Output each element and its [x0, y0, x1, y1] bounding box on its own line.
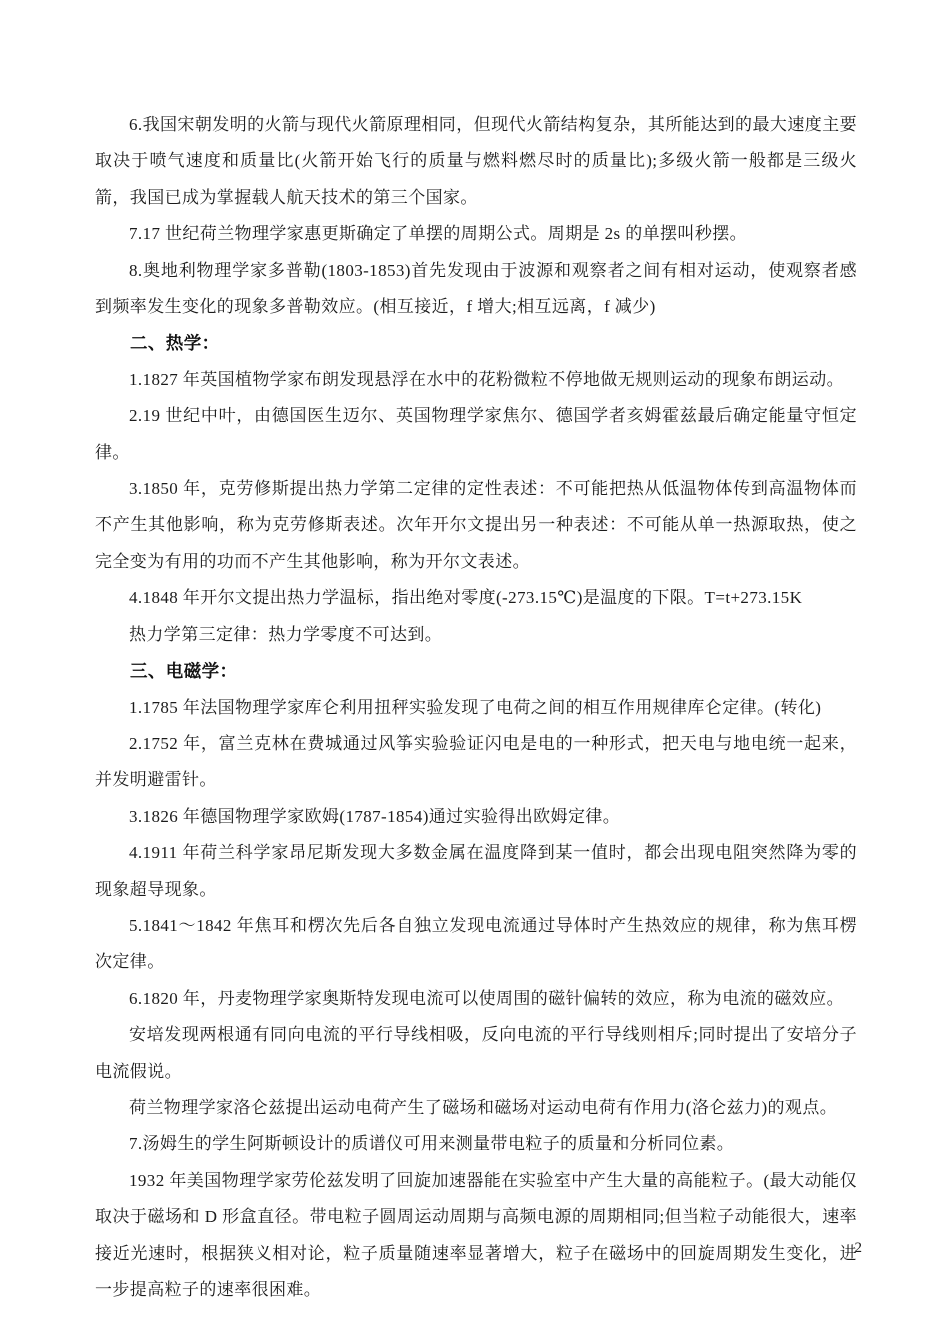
paragraph: 2.1752 年，富兰克林在费城通过风筝实验验证闪电是电的一种形式，把天电与地电…	[95, 726, 857, 799]
paragraph: 荷兰物理学家洛仑兹提出运动电荷产生了磁场和磁场对运动电荷有作用力(洛仑兹力)的观…	[95, 1090, 857, 1126]
paragraph: 7.17 世纪荷兰物理学家惠更斯确定了单摆的周期公式。周期是 2s 的单摆叫秒摆…	[95, 216, 857, 252]
paragraph: 6.1820 年，丹麦物理学家奥斯特发现电流可以使周围的磁针偏转的效应，称为电流…	[95, 981, 857, 1017]
paragraph: 4.1911 年荷兰科学家昂尼斯发现大多数金属在温度降到某一值时，都会出现电阻突…	[95, 835, 857, 908]
paragraph: 3.1826 年德国物理学家欧姆(1787-1854)通过实验得出欧姆定律。	[95, 799, 857, 835]
paragraph: 1.1827 年英国植物学家布朗发现悬浮在水中的花粉微粒不停地做无规则运动的现象…	[95, 362, 857, 398]
paragraph: 6.我国宋朝发明的火箭与现代火箭原理相同，但现代火箭结构复杂，其所能达到的最大速…	[95, 107, 857, 216]
page-number: 2	[855, 1240, 863, 1257]
paragraph: 安培发现两根通有同向电流的平行导线相吸，反向电流的平行导线则相斥;同时提出了安培…	[95, 1017, 857, 1090]
section-heading: 二、热学：	[95, 325, 857, 361]
document-body: 6.我国宋朝发明的火箭与现代火箭原理相同，但现代火箭结构复杂，其所能达到的最大速…	[95, 107, 857, 1308]
paragraph: 2.19 世纪中叶，由德国医生迈尔、英国物理学家焦尔、德国学者亥姆霍兹最后确定能…	[95, 398, 857, 471]
paragraph: 5.1841～1842 年焦耳和楞次先后各自独立发现电流通过导体时产生热效应的规…	[95, 908, 857, 981]
paragraph: 8.奥地利物理学家多普勒(1803-1853)首先发现由于波源和观察者之间有相对…	[95, 253, 857, 326]
paragraph: 1.1785 年法国物理学家库仑利用扭秤实验发现了电荷之间的相互作用规律库仑定律…	[95, 690, 857, 726]
paragraph: 7.汤姆生的学生阿斯顿设计的质谱仪可用来测量带电粒子的质量和分析同位素。	[95, 1126, 857, 1162]
section-heading: 三、电磁学：	[95, 653, 857, 689]
paragraph: 4.1848 年开尔文提出热力学温标，指出绝对零度(-273.15℃)是温度的下…	[95, 580, 857, 616]
document-page: 6.我国宋朝发明的火箭与现代火箭原理相同，但现代火箭结构复杂，其所能达到的最大速…	[0, 0, 950, 1344]
paragraph: 3.1850 年，克劳修斯提出热力学第二定律的定性表述：不可能把热从低温物体传到…	[95, 471, 857, 580]
paragraph: 热力学第三定律：热力学零度不可达到。	[95, 617, 857, 653]
paragraph: 1932 年美国物理学家劳伦兹发明了回旋加速器能在实验室中产生大量的高能粒子。(…	[95, 1163, 857, 1309]
